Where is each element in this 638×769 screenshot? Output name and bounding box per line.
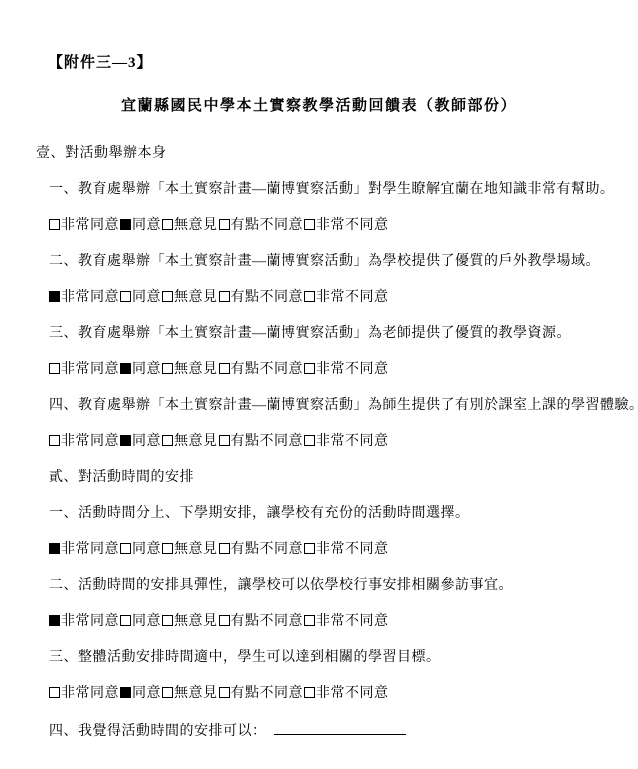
checkbox-unchecked[interactable]	[304, 291, 315, 302]
checkbox-unchecked[interactable]	[162, 615, 173, 626]
question-line: 一、活動時間分上、下學期安排，讓學校有充份的活動時間選擇。	[49, 506, 638, 521]
option-label: 非常不同意	[316, 614, 389, 629]
question-line: 三、教育處舉辦「本土實察計畫—蘭博實察活動」為老師提供了優質的教學資源。	[49, 326, 638, 341]
options-line: 非常同意同意無意見有點不同意非常不同意	[49, 614, 638, 629]
option-label: 有點不同意	[231, 614, 304, 629]
options-line: 非常同意同意無意見有點不同意非常不同意	[49, 218, 638, 233]
question-line: 三、整體活動安排時間適中，學生可以達到相關的學習目標。	[49, 650, 638, 665]
option-label: 非常同意	[61, 362, 119, 377]
options-line: 非常同意同意無意見有點不同意非常不同意	[49, 290, 638, 305]
option-label: 同意	[132, 542, 161, 557]
option-label: 非常同意	[61, 290, 119, 305]
option-label: 非常不同意	[316, 434, 389, 449]
option-label: 非常不同意	[316, 362, 389, 377]
checkbox-unchecked[interactable]	[219, 363, 230, 374]
question-line: 四、我覺得活動時間的安排可以：	[49, 722, 638, 739]
option-label: 無意見	[174, 542, 218, 557]
option-label: 非常不同意	[316, 686, 389, 701]
checkbox-unchecked[interactable]	[162, 543, 173, 554]
option-label: 無意見	[174, 686, 218, 701]
checkbox-unchecked[interactable]	[304, 687, 315, 698]
option-label: 非常同意	[61, 686, 119, 701]
checkbox-unchecked[interactable]	[304, 615, 315, 626]
option-label: 同意	[132, 434, 161, 449]
checkbox-unchecked[interactable]	[219, 435, 230, 446]
checkbox-unchecked[interactable]	[162, 687, 173, 698]
checkbox-checked[interactable]	[120, 435, 131, 446]
option-label: 無意見	[174, 614, 218, 629]
document-page: 【附件三—3】 宜蘭縣國民中學本土實察教學活動回饋表（教師部份） 壹、對活動舉辦…	[0, 0, 638, 769]
checkbox-unchecked[interactable]	[49, 363, 60, 374]
checkbox-unchecked[interactable]	[304, 543, 315, 554]
option-label: 無意見	[174, 434, 218, 449]
checkbox-checked[interactable]	[120, 687, 131, 698]
form-title: 宜蘭縣國民中學本土實察教學活動回饋表（教師部份）	[0, 97, 638, 115]
question-text: 一、活動時間分上、下學期安排，讓學校有充份的活動時間選擇。	[49, 506, 470, 521]
question-text: 三、整體活動安排時間適中，學生可以達到相關的學習目標。	[49, 650, 441, 665]
option-label: 非常同意	[61, 614, 119, 629]
checkbox-unchecked[interactable]	[49, 687, 60, 698]
option-label: 無意見	[174, 218, 218, 233]
option-label: 同意	[132, 362, 161, 377]
question-text: 四、教育處舉辦「本土實察計畫—蘭博實察活動」為師生提供了有別於課室上課的學習體驗…	[49, 398, 638, 413]
question-text: 二、活動時間的安排具彈性，讓學校可以依學校行事安排相關參訪事宜。	[49, 578, 513, 593]
checkbox-unchecked[interactable]	[304, 435, 315, 446]
option-label: 非常同意	[61, 218, 119, 233]
option-label: 非常同意	[61, 542, 119, 557]
option-label: 有點不同意	[231, 542, 304, 557]
section-heading: 貳、對活動時間的安排	[49, 470, 638, 485]
option-label: 有點不同意	[231, 434, 304, 449]
question-line: 二、活動時間的安排具彈性，讓學校可以依學校行事安排相關參訪事宜。	[49, 578, 638, 593]
question-text: 二、教育處舉辦「本土實察計畫—蘭博實察活動」為學校提供了優質的戶外教學場域。	[49, 254, 600, 269]
checkbox-unchecked[interactable]	[162, 291, 173, 302]
question-line: 二、教育處舉辦「本土實察計畫—蘭博實察活動」為學校提供了優質的戶外教學場域。	[49, 254, 638, 269]
options-line: 非常同意同意無意見有點不同意非常不同意	[49, 686, 638, 701]
checkbox-checked[interactable]	[120, 363, 131, 374]
option-label: 非常不同意	[316, 218, 389, 233]
option-label: 有點不同意	[231, 362, 304, 377]
checkbox-checked[interactable]	[120, 219, 131, 230]
checkbox-unchecked[interactable]	[120, 291, 131, 302]
checkbox-unchecked[interactable]	[219, 543, 230, 554]
checkbox-unchecked[interactable]	[219, 615, 230, 626]
checkbox-unchecked[interactable]	[120, 543, 131, 554]
attachment-tag: 【附件三—3】	[48, 55, 638, 72]
checkbox-unchecked[interactable]	[304, 219, 315, 230]
option-label: 同意	[132, 686, 161, 701]
options-line: 非常同意同意無意見有點不同意非常不同意	[49, 434, 638, 449]
option-label: 有點不同意	[231, 290, 304, 305]
question-text: 三、教育處舉辦「本土實察計畫—蘭博實察活動」為老師提供了優質的教學資源。	[49, 326, 571, 341]
form-section: 壹、對活動舉辦本身 一、教育處舉辦「本土實察計畫—蘭博實察活動」對學生瞭解宜蘭在…	[0, 146, 638, 449]
checkbox-unchecked[interactable]	[120, 615, 131, 626]
form-section: 貳、對活動時間的安排 一、活動時間分上、下學期安排，讓學校有充份的活動時間選擇。…	[0, 470, 638, 739]
option-label: 無意見	[174, 290, 218, 305]
checkbox-checked[interactable]	[49, 291, 60, 302]
option-label: 同意	[132, 218, 161, 233]
question-text: 四、我覺得活動時間的安排可以：	[49, 724, 267, 739]
form-body: 壹、對活動舉辦本身 一、教育處舉辦「本土實察計畫—蘭博實察活動」對學生瞭解宜蘭在…	[0, 146, 638, 739]
question-line: 四、教育處舉辦「本土實察計畫—蘭博實察活動」為師生提供了有別於課室上課的學習體驗…	[49, 398, 638, 413]
options-line: 非常同意同意無意見有點不同意非常不同意	[49, 362, 638, 377]
option-label: 同意	[132, 614, 161, 629]
checkbox-checked[interactable]	[49, 615, 60, 626]
section-heading: 壹、對活動舉辦本身	[36, 146, 638, 161]
option-label: 非常不同意	[316, 290, 389, 305]
checkbox-unchecked[interactable]	[304, 363, 315, 374]
checkbox-unchecked[interactable]	[162, 363, 173, 374]
fill-in-blank[interactable]	[274, 722, 406, 735]
option-label: 非常不同意	[316, 542, 389, 557]
checkbox-unchecked[interactable]	[219, 291, 230, 302]
question-text: 一、教育處舉辦「本土實察計畫—蘭博實察活動」對學生瞭解宜蘭在地知識非常有幫助。	[49, 182, 615, 197]
option-label: 無意見	[174, 362, 218, 377]
checkbox-unchecked[interactable]	[219, 687, 230, 698]
option-label: 同意	[132, 290, 161, 305]
checkbox-unchecked[interactable]	[219, 219, 230, 230]
checkbox-unchecked[interactable]	[162, 219, 173, 230]
options-line: 非常同意同意無意見有點不同意非常不同意	[49, 542, 638, 557]
option-label: 有點不同意	[231, 686, 304, 701]
checkbox-unchecked[interactable]	[49, 219, 60, 230]
question-line: 一、教育處舉辦「本土實察計畫—蘭博實察活動」對學生瞭解宜蘭在地知識非常有幫助。	[49, 182, 638, 197]
checkbox-unchecked[interactable]	[49, 435, 60, 446]
option-label: 有點不同意	[231, 218, 304, 233]
option-label: 非常同意	[61, 434, 119, 449]
checkbox-checked[interactable]	[49, 543, 60, 554]
checkbox-unchecked[interactable]	[162, 435, 173, 446]
